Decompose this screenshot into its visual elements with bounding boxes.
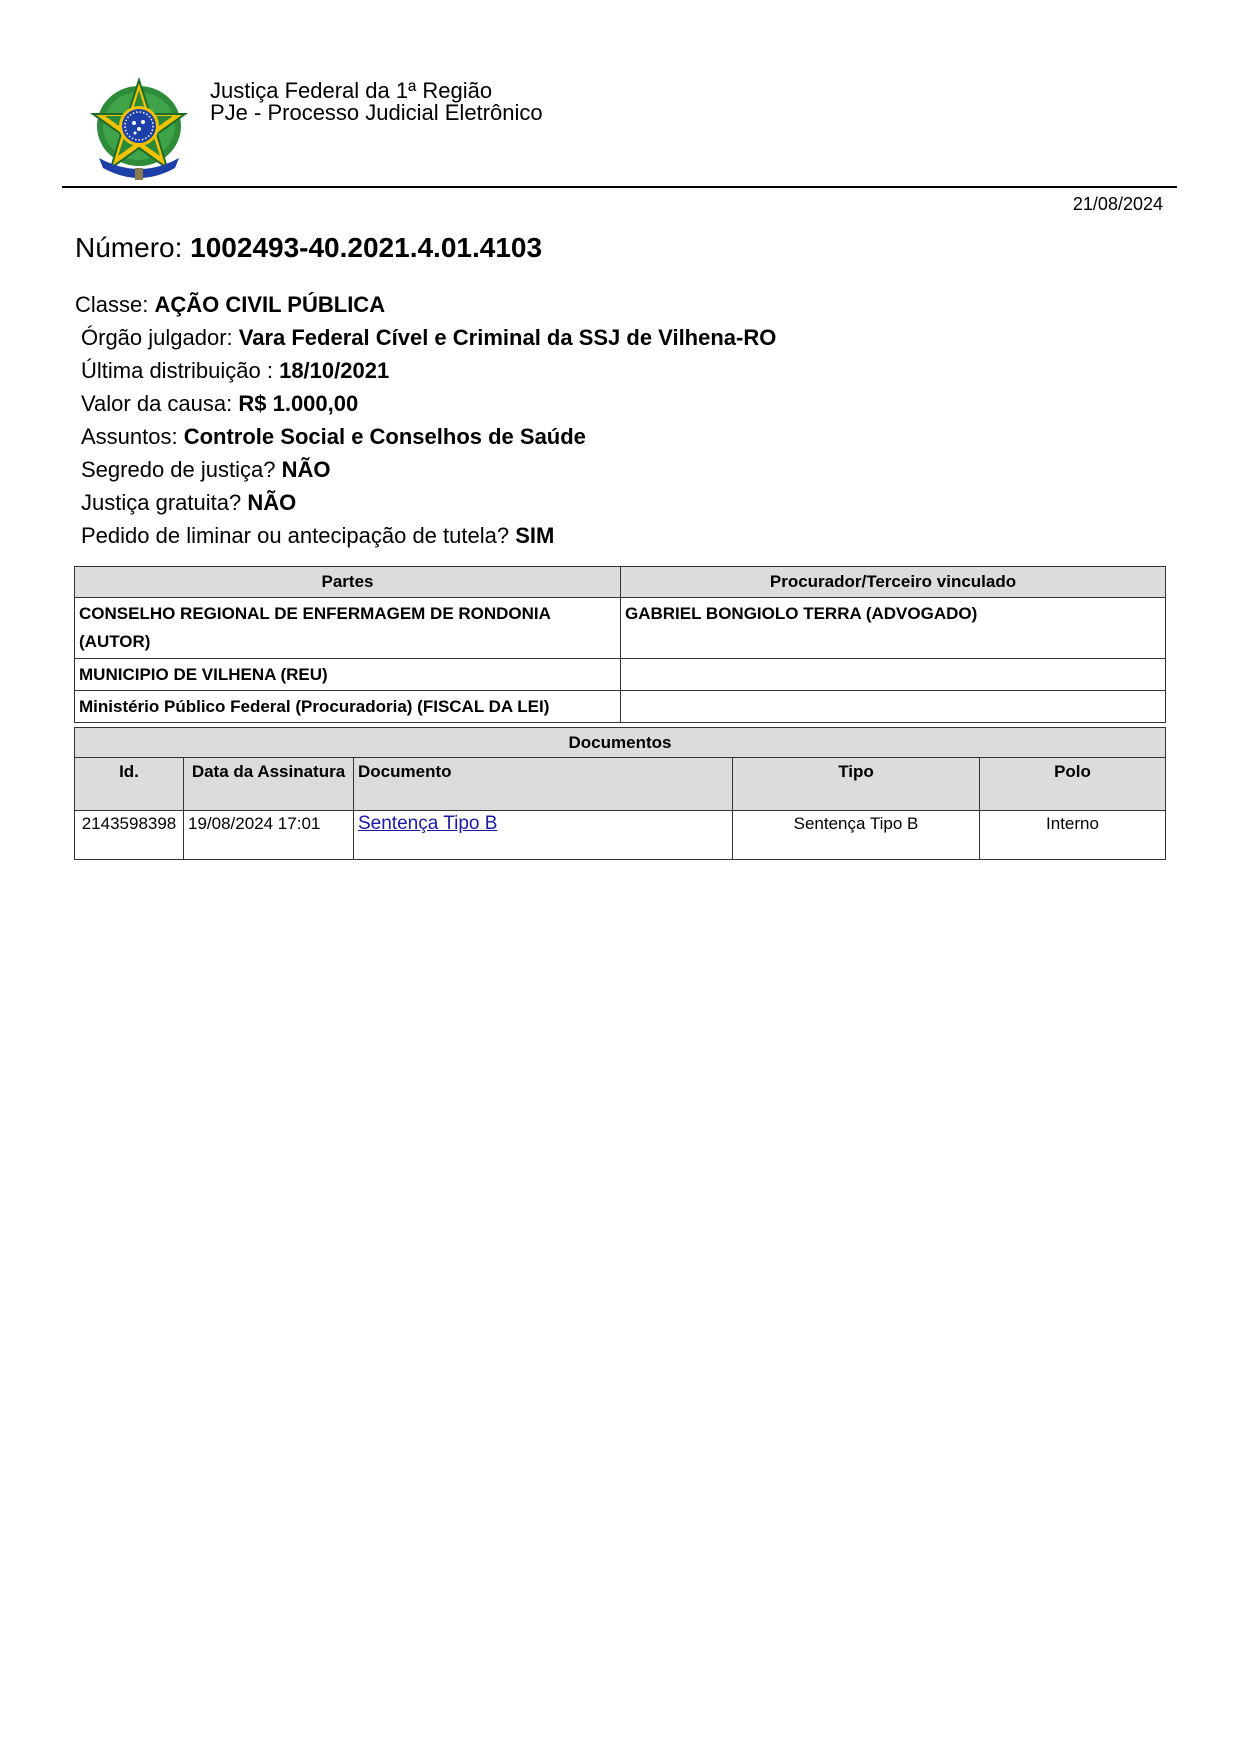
field-valor-causa: Valor da causa: R$ 1.000,00	[81, 391, 358, 417]
field-label: Órgão julgador:	[81, 325, 239, 350]
table-row: 2143598398 19/08/2024 17:01 Sentença Tip…	[75, 811, 1166, 860]
field-value: R$ 1.000,00	[238, 391, 358, 416]
partes-table: Partes Procurador/Terceiro vinculado CON…	[74, 566, 1166, 723]
header-divider	[62, 186, 1177, 188]
field-ultima-distribuicao: Última distribuição : 18/10/2021	[81, 358, 389, 384]
field-label: Segredo de justiça?	[81, 457, 282, 482]
document-cell: Sentença Tipo B	[354, 811, 733, 860]
parte-cell: Ministério Público Federal (Procuradoria…	[75, 691, 621, 723]
brasao-republica-icon	[89, 76, 189, 182]
court-name: Justiça Federal da 1ª Região	[210, 80, 492, 102]
document-type: Sentença Tipo B	[733, 811, 980, 860]
column-header-tipo: Tipo	[733, 758, 980, 811]
print-date: 21/08/2024	[1073, 194, 1163, 214]
column-header-data-assinatura: Data da Assinatura	[184, 758, 354, 811]
document-polo: Interno	[980, 811, 1166, 860]
procurador-cell: GABRIEL BONGIOLO TERRA (ADVOGADO)	[621, 598, 1166, 659]
field-pedido-liminar: Pedido de liminar ou antecipação de tute…	[81, 523, 554, 549]
field-assuntos: Assuntos: Controle Social e Conselhos de…	[81, 424, 586, 450]
field-label: Valor da causa:	[81, 391, 238, 416]
field-value: AÇÃO CIVIL PÚBLICA	[154, 292, 385, 317]
field-classe: Classe: AÇÃO CIVIL PÚBLICA	[75, 292, 385, 318]
documentos-title: Documentos	[75, 728, 1166, 758]
field-value: Controle Social e Conselhos de Saúde	[184, 424, 586, 449]
table-row: CONSELHO REGIONAL DE ENFERMAGEM DE RONDO…	[75, 598, 1166, 659]
process-number: Número: 1002493-40.2021.4.01.4103	[75, 232, 542, 264]
field-label: Pedido de liminar ou antecipação de tute…	[81, 523, 515, 548]
column-header-partes: Partes	[75, 567, 621, 598]
parte-cell: MUNICIPIO DE VILHENA (REU)	[75, 659, 621, 691]
field-label: Justiça gratuita?	[81, 490, 247, 515]
column-header-documento: Documento	[354, 758, 733, 811]
field-value: 18/10/2021	[279, 358, 389, 383]
field-label: Assuntos:	[81, 424, 184, 449]
field-value: NÃO	[282, 457, 331, 482]
field-value: Vara Federal Cível e Criminal da SSJ de …	[239, 325, 777, 350]
field-segredo-justica: Segredo de justiça? NÃO	[81, 457, 330, 483]
table-row: Ministério Público Federal (Procuradoria…	[75, 691, 1166, 723]
field-orgao-julgador: Órgão julgador: Vara Federal Cível e Cri…	[81, 325, 776, 351]
field-justica-gratuita: Justiça gratuita? NÃO	[81, 490, 296, 516]
field-value: NÃO	[247, 490, 296, 515]
process-number-label: Número:	[75, 232, 190, 263]
field-value: SIM	[515, 523, 554, 548]
table-row: MUNICIPIO DE VILHENA (REU)	[75, 659, 1166, 691]
field-label: Última distribuição :	[81, 358, 279, 383]
system-name: PJe - Processo Judicial Eletrônico	[210, 102, 543, 124]
parte-cell: CONSELHO REGIONAL DE ENFERMAGEM DE RONDO…	[75, 598, 621, 659]
document-id: 2143598398	[75, 811, 184, 860]
field-label: Classe:	[75, 292, 154, 317]
column-header-id: Id.	[75, 758, 184, 811]
process-number-value: 1002493-40.2021.4.01.4103	[190, 232, 542, 263]
documentos-table: Documentos Id. Data da Assinatura Docume…	[74, 727, 1166, 860]
procurador-cell	[621, 691, 1166, 723]
document-signature-date: 19/08/2024 17:01	[184, 811, 354, 860]
document-link[interactable]: Sentença Tipo B	[358, 813, 497, 834]
column-header-polo: Polo	[980, 758, 1166, 811]
column-header-procurador: Procurador/Terceiro vinculado	[621, 567, 1166, 598]
procurador-cell	[621, 659, 1166, 691]
